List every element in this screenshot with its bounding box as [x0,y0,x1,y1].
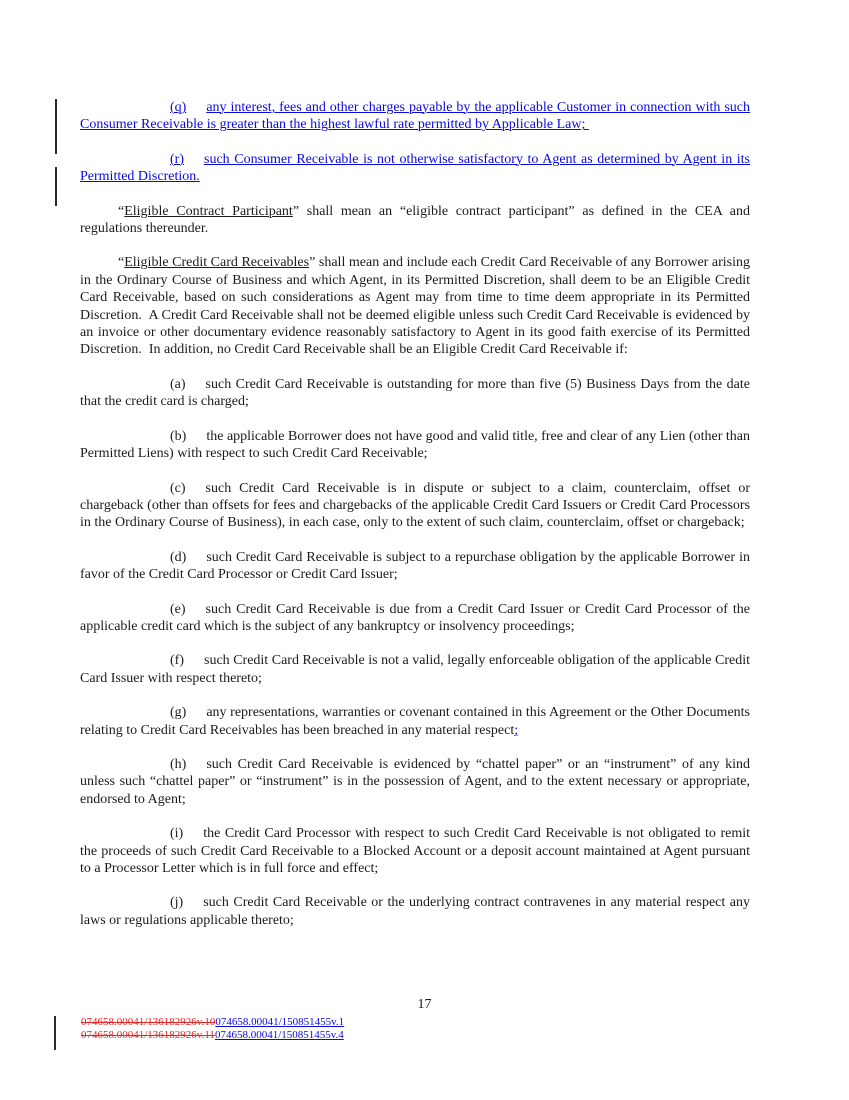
clause-c: (c)such Credit Card Receivable is in dis… [80,480,750,532]
body-text: (e) [170,602,186,617]
body-text: (j) [170,895,183,910]
clause-d: (d)such Credit Card Receivable is subjec… [80,549,750,584]
body-text: (b) [170,429,186,444]
clause-f: (f)such Credit Card Receivable is not a … [80,652,750,687]
inserted-text: (r) [170,152,184,167]
clause-a: (a)such Credit Card Receivable is outsta… [80,376,750,411]
clause-j: (j)such Credit Card Receivable or the un… [80,894,750,929]
inserted-text: ; [514,723,518,738]
clause-h: (h)such Credit Card Receivable is eviden… [80,756,750,808]
change-bar [55,167,57,206]
clause-q: (q)any interest, fees and other charges … [80,99,750,134]
clause-r: (r)such Consumer Receivable is not other… [80,151,750,186]
deleted-text: 074658.00041/136182926v.10 [81,1016,215,1028]
footer-line-2: 074658.00041/136182926v.11074658.00041/1… [81,1029,344,1042]
change-bar [54,1016,56,1050]
definition-eligible-credit-card-receivables: “Eligible Credit Card Receivables” shall… [80,254,750,358]
inserted-text: 074658.00041/150851455v.4 [215,1029,344,1041]
inserted-text: (q) [170,100,186,115]
change-bar [55,99,57,154]
definition-eligible-contract-participant: “Eligible Contract Participant” shall me… [80,203,750,238]
body-text: (c) [170,481,186,496]
clause-i: (i)the Credit Card Processor with respec… [80,825,750,877]
clause-e: (e)such Credit Card Receivable is due fr… [80,601,750,636]
body-text: (f) [170,653,184,668]
body-text: (a) [170,377,186,392]
clause-b: (b)the applicable Borrower does not have… [80,428,750,463]
defined-term: Eligible Contract Participant [124,204,293,219]
footer-line-1: 074658.00041/136182926v.10074658.00041/1… [81,1016,344,1029]
deleted-text: 074658.00041/136182926v.11 [81,1029,215,1041]
clause-g: (g)any representations, warranties or co… [80,704,750,739]
body-text: ” shall mean and include each Credit Car… [80,255,750,357]
page-number: 17 [0,997,849,1013]
defined-term: Eligible Credit Card Receivables [124,255,309,270]
body-text: (h) [170,757,186,772]
inserted-text: 074658.00041/150851455v.1 [215,1016,344,1028]
document-body: (q)any interest, fees and other charges … [80,99,750,946]
body-text: (g) [170,705,186,720]
document-footer: 074658.00041/136182926v.10074658.00041/1… [81,1016,344,1041]
body-text: (i) [170,826,183,841]
body-text: (d) [170,550,186,565]
